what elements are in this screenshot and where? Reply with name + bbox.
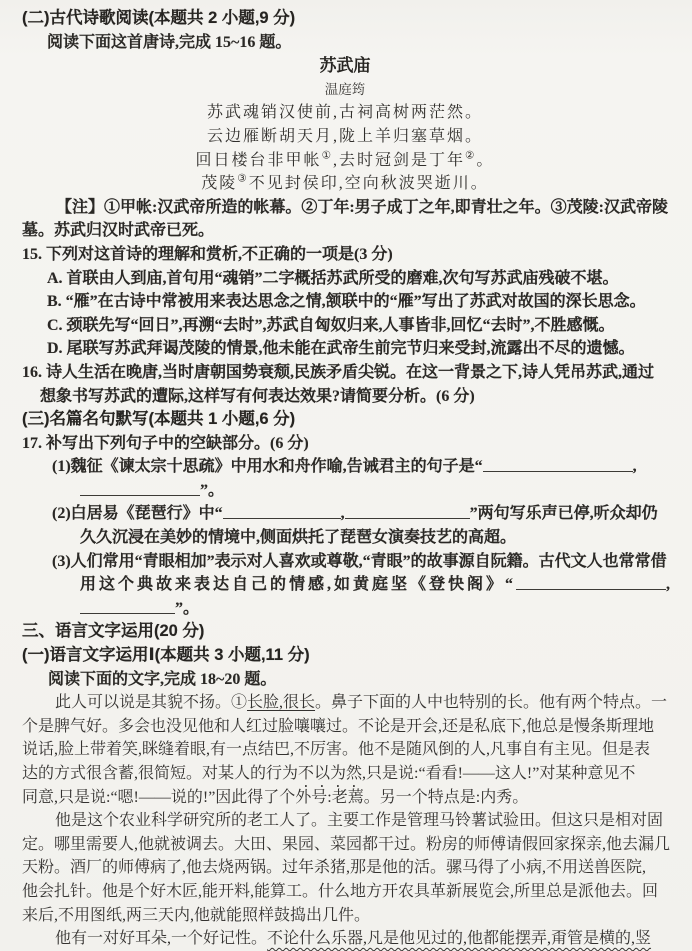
answer-blank bbox=[80, 599, 175, 614]
q17-item-1-line-1-end: , bbox=[633, 458, 637, 475]
passage-p1-line-2: 个是脾气好。多会也没见他和人红过脸嚷嚷过。不论是开会,还是私底下,他总是慢条斯理… bbox=[22, 715, 668, 739]
q17-item-3-text: 用这个典故来表达自己的情感,如黄庭坚《登快阁》“ bbox=[80, 576, 516, 593]
reading-instruction-poetry: 阅读下面这首唐诗,完成 15~16 题。 bbox=[22, 31, 668, 55]
poem-line-4-text-rest: 不见封侯印,空向秋波哭逝川。 bbox=[249, 175, 489, 192]
poem-title: 苏武庙 bbox=[22, 54, 668, 78]
q17-item-2-line-2: 久久沉浸在美妙的情境中,侧面烘托了琵琶女演奏技艺的高超。 bbox=[22, 526, 668, 550]
q17-item-3-line-3-end: ”。 bbox=[175, 600, 199, 617]
passage-p3-line-1: 他有一对好耳朵,一个好记性。不论什么乐器,凡是他见过的,他都能摆弄,甭管是横的,… bbox=[22, 927, 668, 951]
answer-blank bbox=[223, 505, 341, 520]
q17-item-1-line-1: (1)魏征《谏太宗十思疏》中用水和舟作喻,告诫君主的句子是“, bbox=[22, 455, 668, 479]
question-15-option-d: D. 尾联写苏武拜谒茂陵的情景,他未能在武帝生前完节归来受封,流露出不尽的遗憾。 bbox=[22, 337, 668, 361]
footnote-marker-3: ③ bbox=[237, 174, 248, 185]
passage-p1-text: 此人可以说是其貌不扬。① bbox=[55, 694, 247, 711]
section-header-ancient-poetry: (二)古代诗歌阅读(本题共 2 小题,9 分) bbox=[22, 7, 668, 31]
passage-p3-text: 他有一对好耳朵,一个好记性。 bbox=[55, 930, 267, 947]
passage-p1-line-4: 达的方式很含蓄,很简短。对某人的行为不以为然,只是说:“看看!——这人!”对某种… bbox=[22, 762, 668, 786]
q17-item-1-line-2-end: ”。 bbox=[200, 482, 224, 499]
poem-line-4: 茂陵③不见封侯印,空向秋波哭逝川。 bbox=[22, 172, 668, 196]
footnote-marker-1: ① bbox=[322, 150, 333, 161]
footnote-marker-2: ② bbox=[465, 150, 476, 161]
passage-p2-line-3: 天粉。酒厂的师傅病了,他去烧两锅。过年杀猪,那是他的活。骡马得了小病,不用送兽医… bbox=[22, 856, 668, 880]
q17-item-3-line-3: ”。 bbox=[22, 597, 668, 621]
section-header-dictation: (三)名篇名句默写(本题共 1 小题,6 分) bbox=[22, 408, 668, 432]
question-15-option-b: B. “雁”在古诗中常被用来表达思念之情,颔联中的“雁”写出了苏武对故国的深长思… bbox=[22, 290, 668, 314]
passage-p2-line-5: 来后,不用图纸,两三天内,他就能照样鼓捣出几件。 bbox=[22, 904, 668, 928]
reading-instruction-language: 阅读下面的文字,完成 18~20 题。 bbox=[22, 668, 668, 692]
q17-item-1-text: (1)魏征《谏太宗十思疏》中用水和舟作喻,告诫君主的句子是“ bbox=[52, 458, 483, 475]
answer-blank bbox=[80, 481, 200, 496]
poem-line-2: 云边雁断胡天月,陇上羊归塞草烟。 bbox=[22, 125, 668, 149]
passage-p1-line-3: 说话,脸上带着笑,眯缝着眼,有一点结巴,不厉害。他不是随风倒的人,凡事自有主见。… bbox=[22, 738, 668, 762]
poem-line-4-text: 茂陵 bbox=[201, 175, 237, 192]
passage-p1-line-4-post: ,只是说:“看看!——这人!”对某种意见不 bbox=[362, 765, 635, 782]
emphasized-phrase: 不以为然 bbox=[298, 765, 362, 782]
wavy-underlined-sentence: 不论什么乐器,凡是他见过的,他都能摆弄,甭管是横的,竖 bbox=[267, 930, 651, 947]
exam-paper-page: (二)古代诗歌阅读(本题共 2 小题,9 分) 阅读下面这首唐诗,完成 15~1… bbox=[0, 0, 692, 951]
passage-p1-line-1: 此人可以说是其貌不扬。①长脸,很长。鼻子下面的人中也特别的长。他有两个特点。一 bbox=[22, 691, 668, 715]
q17-item-2-line-1: (2)白居易《琵琶行》中“,”两句写乐声已停,听众却仍 bbox=[22, 502, 668, 526]
answer-blank bbox=[345, 505, 470, 520]
poem-note-line-2: 墓。苏武归汉时武帝已死。 bbox=[22, 219, 668, 243]
passage-p1-line-4-pre: 达的方式很含蓄,很简短。对某人的行为 bbox=[22, 765, 298, 782]
passage-p2-line-2: 定。哪里需要人,他就被调去。大田、果园、菜园都干过。粉房的师傅请假回家探亲,他去… bbox=[22, 833, 668, 857]
question-16-line-1: 16. 诗人生活在晚唐,当时唐朝国势衰颓,民族矛盾尖锐。在这一背景之下,诗人凭吊… bbox=[22, 361, 668, 385]
answer-blank bbox=[516, 576, 666, 591]
q17-item-2-tail: ”两句写乐声已停,听众却仍 bbox=[470, 505, 658, 522]
poem-line-3: 回日楼台非甲帐①,去时冠剑是丁年②。 bbox=[22, 149, 668, 173]
passage-p2-line-1: 他是这个农业科学研究所的老工人了。主要工作是管理马铃薯试验田。但这只是相对固 bbox=[22, 809, 668, 833]
passage-p1-line-5: 同意,只是说:“嗯!——说的!”因此得了个外号:老蔫。另一个特点是:内秀。 bbox=[22, 786, 668, 810]
q17-item-3-line-2-end: , bbox=[666, 576, 673, 593]
section-header-language-use: 三、语言文字运用(20 分) bbox=[22, 620, 668, 644]
question-15-option-a: A. 首联由人到庙,首句用“魂销”二字概括苏武所受的磨难,次句写苏武庙残破不堪。 bbox=[22, 267, 668, 291]
poem-line-3-text-end: 。 bbox=[476, 152, 494, 169]
subsection-header-language-use-1: (一)语言文字运用Ⅰ(本题共 3 小题,11 分) bbox=[22, 644, 668, 668]
question-15-option-c: C. 颈联先写“回日”,再溯“去时”,苏武自匈奴归来,人事皆非,回忆“去时”,不… bbox=[22, 314, 668, 338]
q17-item-2-text: (2)白居易《琵琶行》中“ bbox=[52, 505, 223, 522]
q17-item-3-line-1: (3)人们常用“青眼相加”表示对人喜欢或尊敬,“青眼”的故事源自阮籍。古代文人也… bbox=[22, 550, 668, 574]
q17-item-1-line-2: ”。 bbox=[22, 479, 668, 503]
poem-line-3-text-mid: ,去时冠剑是丁年 bbox=[333, 152, 465, 169]
passage-p1-text-post: 。鼻子下面的人中也特别的长。他有两个特点。一 bbox=[315, 694, 667, 711]
poem-author: 温庭筠 bbox=[22, 78, 668, 102]
poem-note-line-1: 【注】①甲帐:汉武帝所造的帐幕。②丁年:男子成丁之年,即青壮之年。③茂陵:汉武帝… bbox=[22, 196, 668, 220]
underlined-phrase-1: 长脸,很长 bbox=[247, 694, 315, 711]
q17-item-3-line-2: 用这个典故来表达自己的情感,如黄庭坚《登快阁》“, bbox=[22, 573, 668, 597]
question-17-stem: 17. 补写出下列句子中的空缺部分。(6 分) bbox=[22, 432, 668, 456]
question-16-line-2: 想象书写苏武的遭际,这样写有何表达效果?请简要分析。(6 分) bbox=[22, 385, 668, 409]
answer-blank bbox=[483, 458, 633, 473]
poem-line-3-text: 回日楼台非甲帐 bbox=[196, 152, 322, 169]
poem-line-1: 苏武魂销汉使前,古祠高树两茫然。 bbox=[22, 101, 668, 125]
passage-p2-line-4: 他会扎针。他是个好木匠,能开料,能算工。什么地方开农具革新展览会,所里总是派他去… bbox=[22, 880, 668, 904]
question-15-stem: 15. 下列对这首诗的理解和赏析,不正确的一项是(3 分) bbox=[22, 243, 668, 267]
